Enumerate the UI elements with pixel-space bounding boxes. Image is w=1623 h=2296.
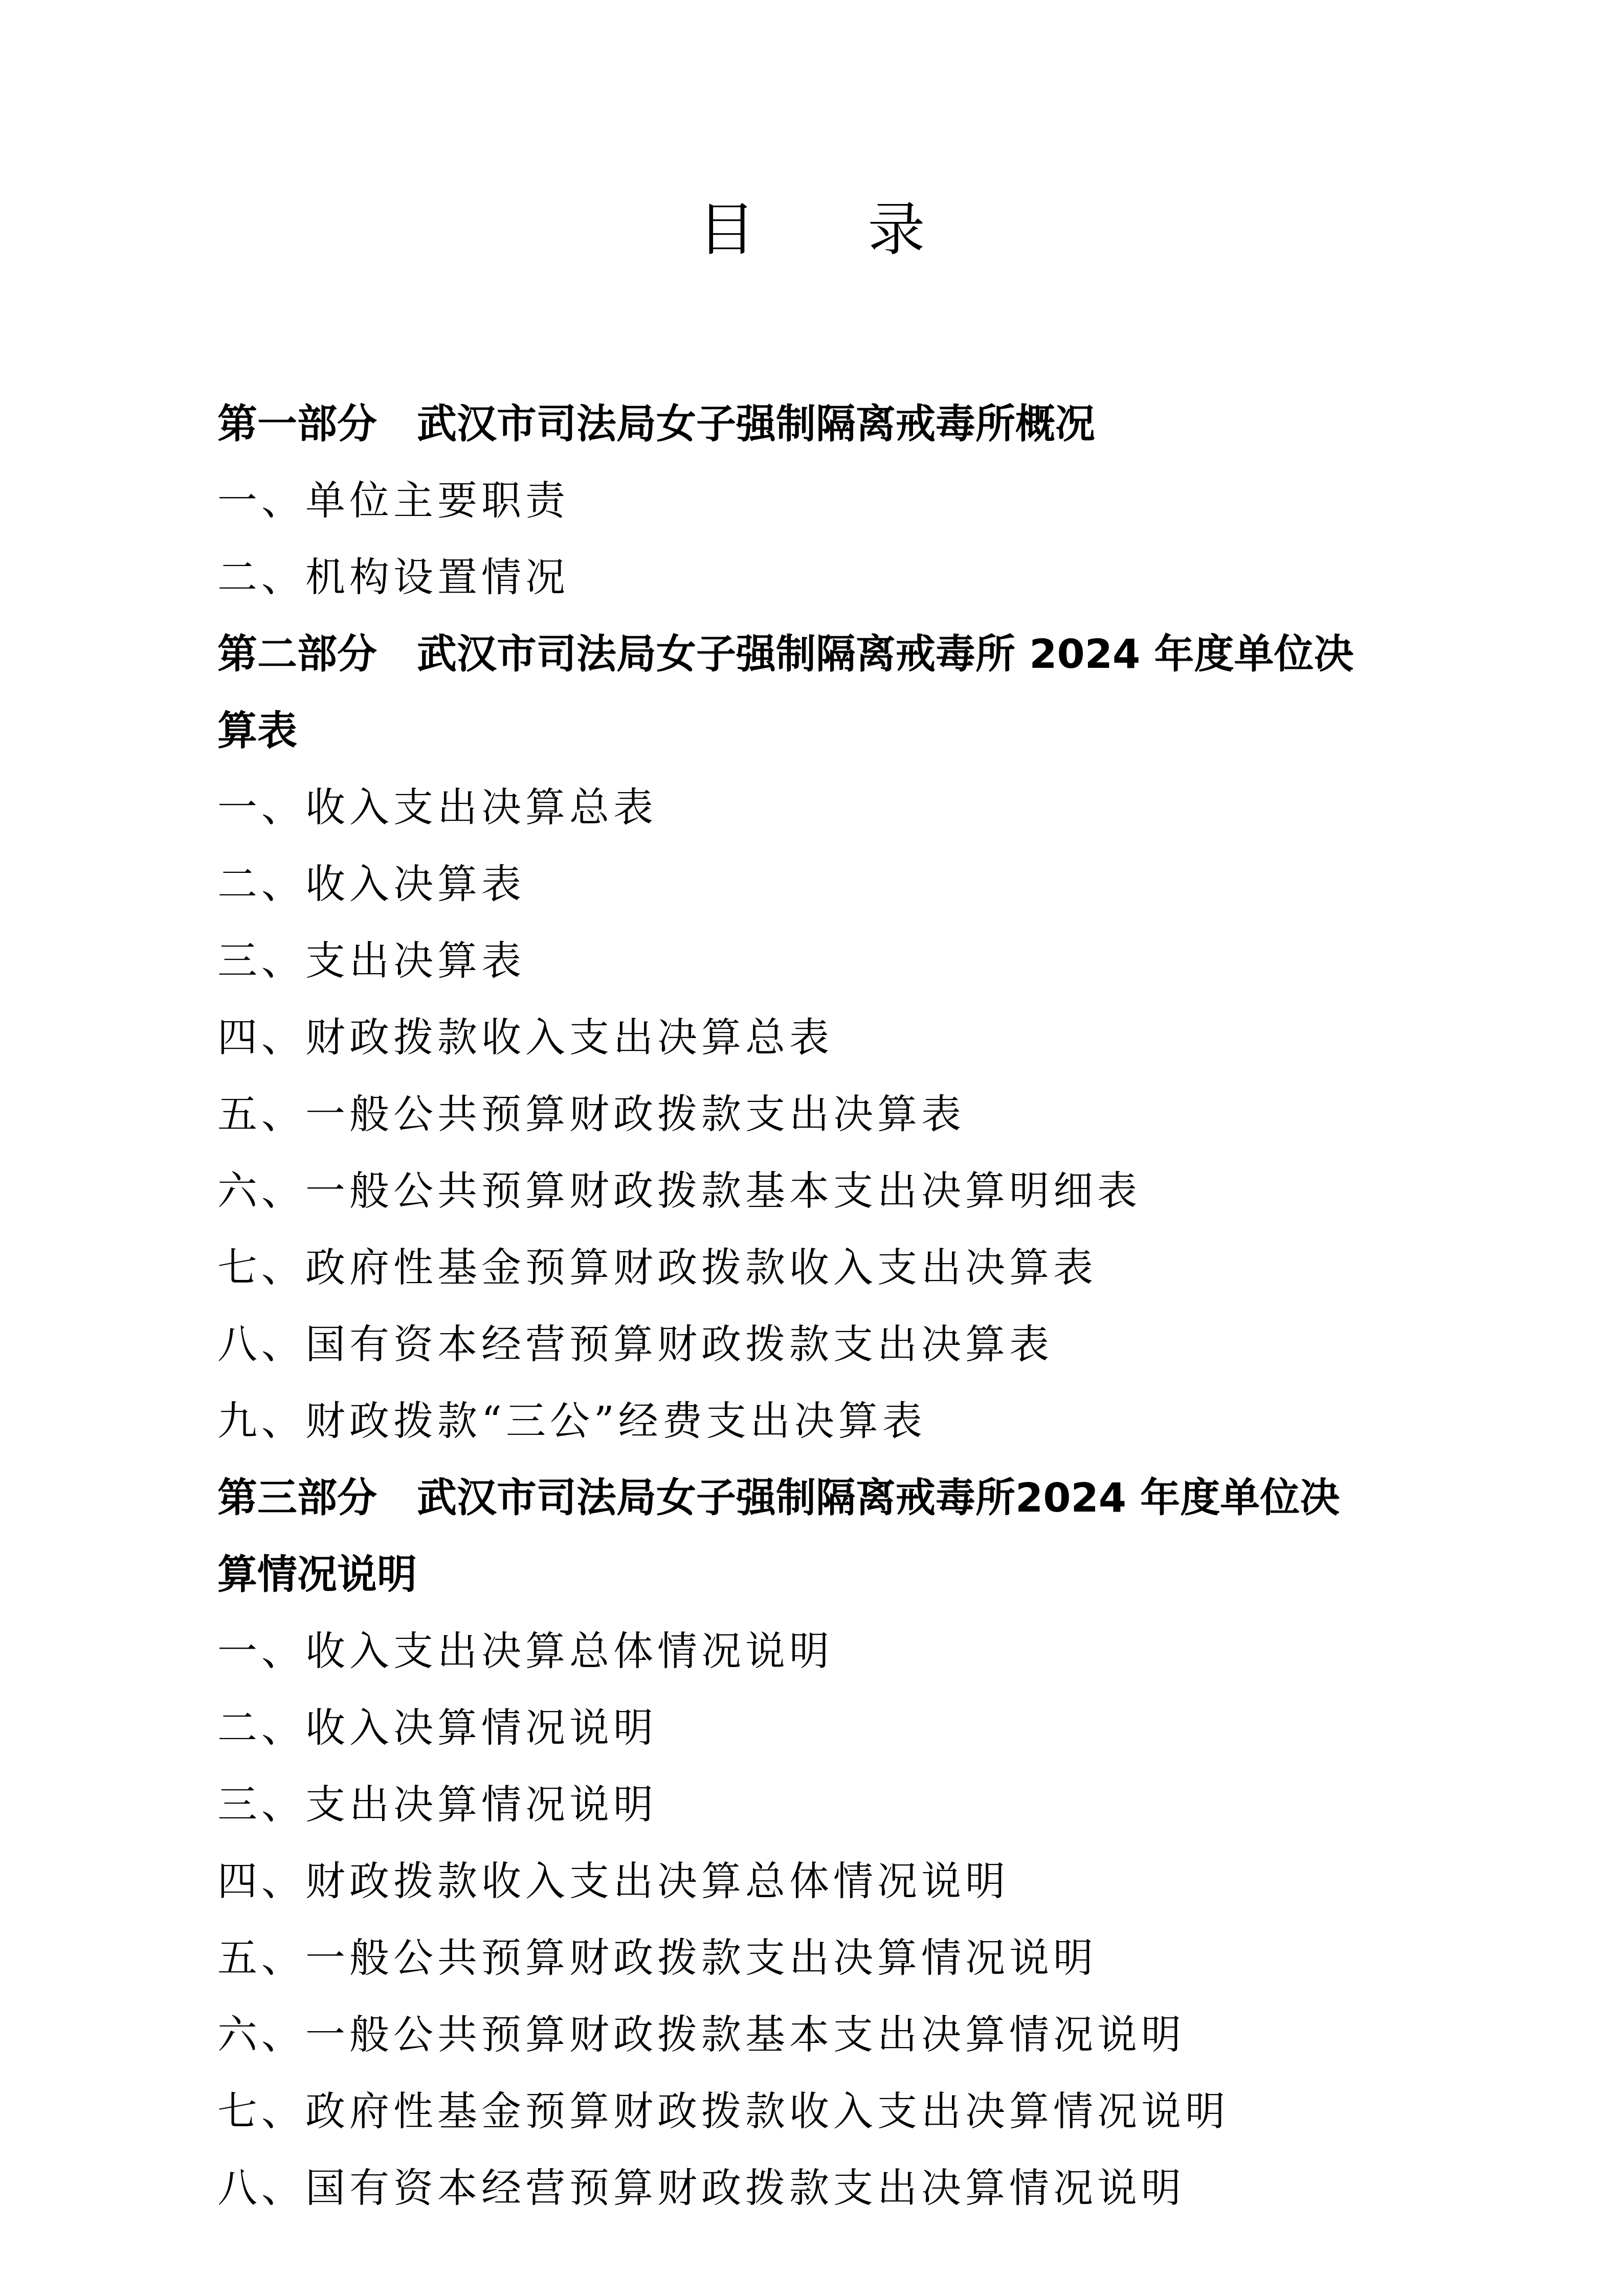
document-page: 目录 第一部分武汉市司法局女子强制隔离戒毒所概况 一、单位主要职责 二、机构设置… — [0, 0, 1623, 2296]
toc-item[interactable]: 二、收入决算表 — [217, 846, 1425, 923]
toc-item[interactable]: 五、一般公共预算财政拨款支出决算表 — [217, 1076, 1425, 1153]
toc-item[interactable]: 六、一般公共预算财政拨款基本支出决算情况说明 — [217, 1997, 1425, 2074]
part-label: 第二部分 — [217, 616, 377, 693]
toc-item[interactable]: 五、一般公共预算财政拨款支出决算情况说明 — [217, 1920, 1425, 1997]
title-char-1: 目 — [698, 197, 755, 263]
part-heading-text: 武汉市司法局女子强制隔离戒毒所2024 年度单位决 — [417, 1475, 1340, 1521]
title-char-2: 录 — [868, 197, 925, 263]
toc-item[interactable]: 一、单位主要职责 — [217, 463, 1425, 539]
toc-item[interactable]: 七、政府性基金预算财政拨款收入支出决算情况说明 — [217, 2074, 1425, 2150]
page-title: 目录 — [0, 194, 1623, 266]
toc-item[interactable]: 八、国有资本经营预算财政拨款支出决算情况说明 — [217, 2150, 1425, 2227]
toc-part-3-heading[interactable]: 第三部分武汉市司法局女子强制隔离戒毒所2024 年度单位决 — [217, 1460, 1425, 1537]
toc-part-3-heading-continued[interactable]: 算情况说明 — [217, 1537, 1425, 1613]
toc-part-2-heading-continued[interactable]: 算表 — [217, 693, 1425, 770]
toc-item[interactable]: 一、收入支出决算总表 — [217, 770, 1425, 846]
part-label: 第三部分 — [217, 1460, 377, 1537]
toc-item[interactable]: 六、一般公共预算财政拨款基本支出决算明细表 — [217, 1153, 1425, 1230]
table-of-contents: 第一部分武汉市司法局女子强制隔离戒毒所概况 一、单位主要职责 二、机构设置情况 … — [217, 386, 1425, 2227]
toc-item[interactable]: 三、支出决算表 — [217, 923, 1425, 1000]
toc-item[interactable]: 三、支出决算情况说明 — [217, 1767, 1425, 1843]
toc-part-2-heading[interactable]: 第二部分武汉市司法局女子强制隔离戒毒所 2024 年度单位决 — [217, 616, 1425, 693]
toc-part-1-heading[interactable]: 第一部分武汉市司法局女子强制隔离戒毒所概况 — [217, 386, 1425, 463]
toc-item[interactable]: 七、政府性基金预算财政拨款收入支出决算表 — [217, 1230, 1425, 1307]
toc-item[interactable]: 二、机构设置情况 — [217, 539, 1425, 616]
toc-item[interactable]: 四、财政拨款收入支出决算总体情况说明 — [217, 1843, 1425, 1920]
part-label: 第一部分 — [217, 386, 377, 463]
toc-item[interactable]: 一、收入支出决算总体情况说明 — [217, 1613, 1425, 1690]
toc-item[interactable]: 九、财政拨款“三公”经费支出决算表 — [217, 1383, 1425, 1460]
toc-item[interactable]: 八、国有资本经营预算财政拨款支出决算表 — [217, 1307, 1425, 1383]
toc-item[interactable]: 二、收入决算情况说明 — [217, 1690, 1425, 1767]
toc-item[interactable]: 四、财政拨款收入支出决算总表 — [217, 1000, 1425, 1076]
part-heading-text: 武汉市司法局女子强制隔离戒毒所 2024 年度单位决 — [417, 632, 1353, 678]
part-heading-text: 武汉市司法局女子强制隔离戒毒所概况 — [417, 401, 1095, 447]
